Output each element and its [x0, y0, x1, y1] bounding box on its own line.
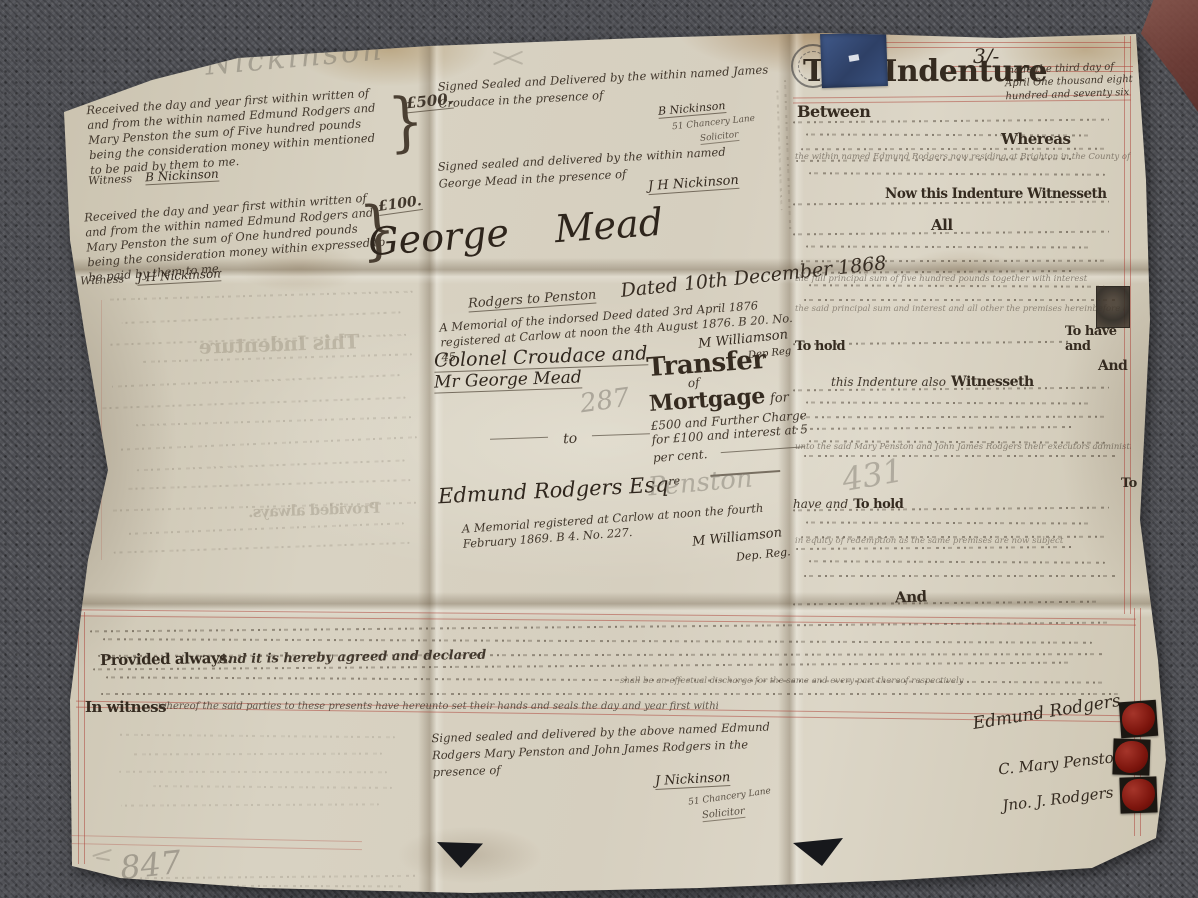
signature-mary-penston: C. Mary Penston [997, 747, 1124, 778]
kw-in-witness: In witness [85, 698, 166, 716]
execution-witness-address: 51 Chancery Lane [688, 786, 772, 807]
title-per-cent: per cent. [652, 447, 707, 465]
show-through-keyword: Provided always. [248, 499, 380, 522]
bottom-left-show-through [95, 735, 395, 825]
band-ruling-left-2 [84, 612, 85, 864]
attestation-croudace-witness-sig: B Nickinson [658, 99, 726, 119]
witness-label: Witness [80, 272, 125, 287]
kw-between: Between [797, 102, 870, 121]
kw-to-2: To [1121, 476, 1137, 491]
execution-clause: Signed sealed and delivered by the above… [431, 718, 793, 782]
kw-witnesseth-2-pre: this Indenture also [831, 375, 946, 389]
deed-panel: 3/- This Indenture made the third day of… [793, 36, 1138, 614]
wax-seal-3-wax [1121, 778, 1155, 811]
parchment-sheet-wrap: Nickinson Received the day and year firs… [0, 0, 1198, 898]
band-ruling-left-1 [78, 612, 79, 864]
deed-body-lines-6 [793, 508, 1131, 586]
kw-provided-always: Provided always. [100, 649, 232, 669]
receipt-500-text: Received the day and year first within w… [86, 85, 390, 178]
endorsement-memorial-2: A Memorial registered at Carlow at noon … [461, 498, 802, 552]
to-label: to [563, 431, 578, 447]
corner-ruling-bottom-left-1 [62, 835, 362, 843]
deed-excerpt-5: in equity of redemption as the same prem… [795, 536, 1131, 546]
witness-signature: B Nickinson [145, 167, 219, 186]
blue-revenue-stamp [820, 32, 888, 88]
stamp-highlight [848, 54, 859, 62]
red-margin-line-left-panel [101, 300, 102, 560]
pencil-mid-number: 287 [578, 383, 631, 420]
execution-witness-sig: J Nickinson [655, 770, 731, 790]
grantee-line: Edmund Rodgers Esqre [438, 472, 681, 509]
closing-paragraph-lines [90, 626, 1130, 710]
show-through-heading: This Indenture [199, 329, 360, 359]
deed-excerpt-2: the full principal sum of five hundred p… [795, 274, 1131, 284]
pencil-cross-mark [492, 48, 522, 68]
witness-label: Witness [88, 172, 133, 187]
deed-excerpt-3: the said principal sum and interest and … [795, 304, 1125, 314]
endorsement-docket: Rodgers to Penston [468, 288, 597, 313]
deed-excerpt-1: the within named Edmund Rodgers now resi… [795, 152, 1131, 162]
show-through-panel: This Indenture Provided always. [83, 289, 423, 600]
kw-witnesseth-1: Now this Indenture Witnesseth [885, 186, 1107, 202]
wax-seal-1-wax [1121, 702, 1156, 736]
wax-seal-2 [1112, 738, 1150, 775]
parchment-sheet: Nickinson Received the day and year firs… [0, 0, 1198, 898]
deed-body-lines-2 [793, 202, 1131, 218]
deed-excerpt-4: unto the said Mary Penston and John Jame… [795, 442, 1131, 452]
grantee-name: Edmund Rodgers Esq [438, 472, 670, 508]
wax-seal-3 [1119, 776, 1157, 813]
deed-body-lines-5 [793, 388, 1131, 476]
signature-jno-rodgers: Jno. J. Rodgers [1001, 783, 1114, 814]
bottom-edge-show-through [140, 876, 440, 892]
execution-witness-role: Solicitor [701, 806, 745, 822]
deed-body-lines-7 [793, 602, 1123, 614]
title-for: for [770, 390, 790, 406]
wax-seal-2-wax [1114, 740, 1148, 773]
photo-of-indenture-on-carpet: Nickinson Received the day and year firs… [0, 0, 1198, 898]
closing-excerpt-6: shall be an effectual discharge for the … [620, 676, 1040, 686]
pencil-name-annotation: Nickinson [204, 32, 386, 83]
deed-body-lines-4 [793, 342, 1093, 358]
endorsement-party-2: Mr George Mead [434, 367, 582, 393]
to-divider: to [490, 425, 651, 450]
kw-and-1: And [1098, 358, 1127, 374]
in-witness-rest: whereof the said parties to these presen… [158, 701, 718, 712]
wax-seal-1 [1119, 700, 1158, 738]
pencil-no-squiggle [92, 848, 118, 864]
